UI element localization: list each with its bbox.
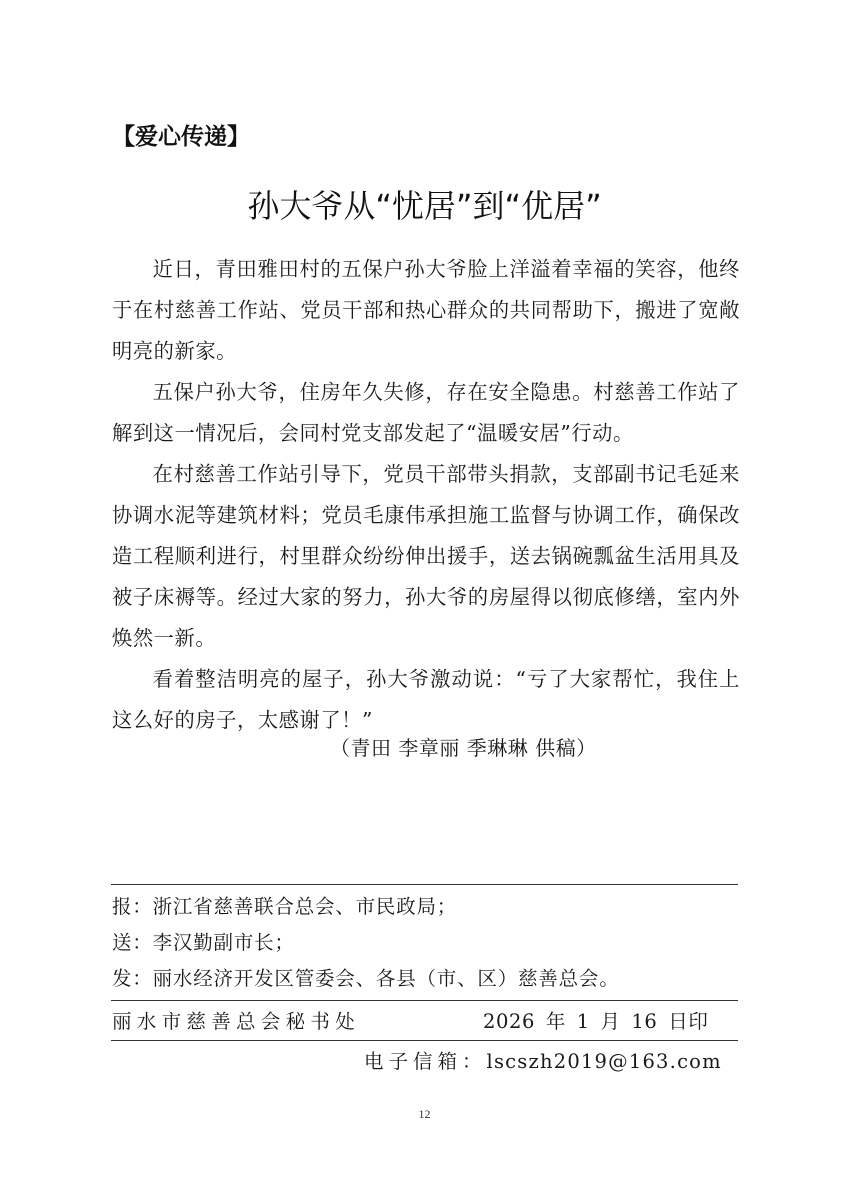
divider-bottom <box>111 1040 738 1041</box>
send-value: 李汉勤副市长； <box>153 931 295 954</box>
report-value: 浙江省慈善联合总会、市民政局； <box>153 895 458 918</box>
divider-top <box>111 884 738 885</box>
report-label: 报： <box>112 895 153 918</box>
issue-value: 丽水经济开发区管委会、各县（市、区）慈善总会。 <box>153 967 620 990</box>
article-body: 近日，青田雅田村的五保户孙大爷脸上洋溢着幸福的笑容，他终于在村慈善工作站、党员干… <box>112 249 740 741</box>
issue-label: 发： <box>112 967 153 990</box>
print-date: 2026 年 1 月 16 日印 <box>483 1004 708 1040</box>
issuing-office: 丽水市慈善总会秘书处 <box>112 1004 360 1040</box>
section-tag: 【爱心传递】 <box>112 119 250 155</box>
page-number: 12 <box>0 1106 849 1122</box>
email-line: 电子信箱：lscszh2019@163.com <box>364 1044 722 1080</box>
article-title: 孙大爷从“忧居”到“优居” <box>0 183 849 229</box>
divider-middle <box>111 1000 738 1001</box>
distribution-send: 送：李汉勤副市长； <box>112 924 295 962</box>
distribution-report: 报：浙江省慈善联合总会、市民政局； <box>112 888 457 926</box>
document-page: 【爱心传递】 孙大爷从“忧居”到“优居” 近日，青田雅田村的五保户孙大爷脸上洋溢… <box>0 0 849 1200</box>
byline: （青田 李章丽 季琳琳 供稿） <box>330 728 597 769</box>
distribution-issue: 发：丽水经济开发区管委会、各县（市、区）慈善总会。 <box>112 960 620 998</box>
paragraph-1: 近日，青田雅田村的五保户孙大爷脸上洋溢着幸福的笑容，他终于在村慈善工作站、党员干… <box>112 249 740 372</box>
paragraph-3: 在村慈善工作站引导下，党员干部带头捐款，支部副书记毛延来协调水泥等建筑材料；党员… <box>112 454 740 659</box>
email-address: lscszh2019@163.com <box>487 1050 722 1073</box>
email-label: 电子信箱： <box>364 1050 487 1073</box>
paragraph-2: 五保户孙大爷，住房年久失修，存在安全隐患。村慈善工作站了解到这一情况后，会同村党… <box>112 372 740 454</box>
send-label: 送： <box>112 931 153 954</box>
